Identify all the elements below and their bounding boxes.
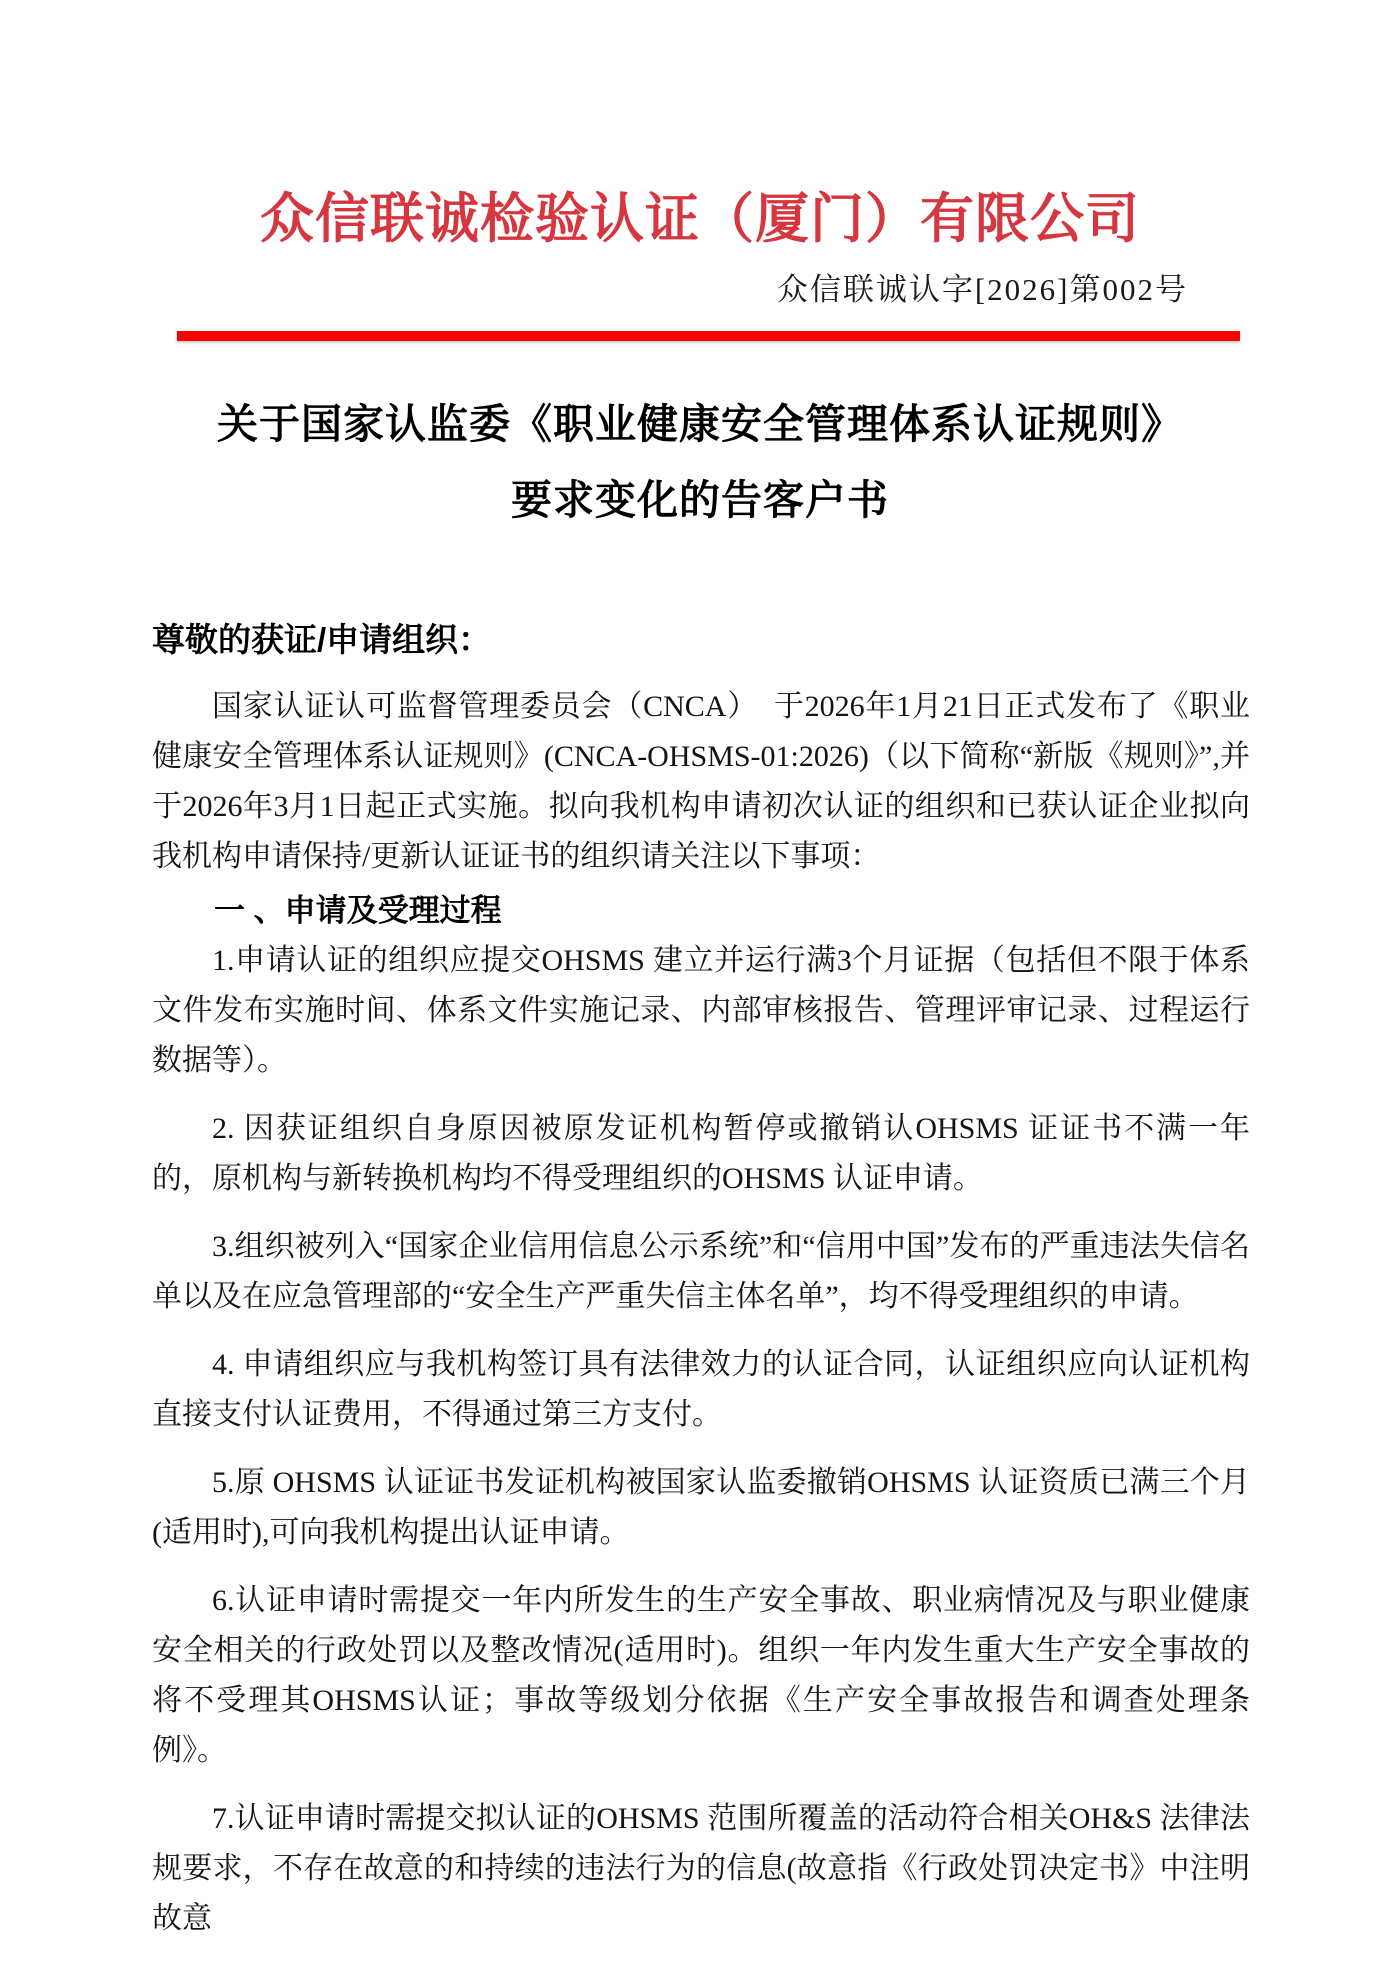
document-page: 众信联诚检验认证（厦门）有限公司 众信联诚认字[2026]第002号 关于国家认… bbox=[0, 0, 1400, 1980]
red-header-divider bbox=[177, 331, 1240, 341]
reference-number: 众信联诚认字[2026]第002号 bbox=[0, 270, 1188, 310]
item-paragraph-7: 7.认证申请时需提交拟认证的OHSMS 范围所覆盖的活动符合相关OH&S 法律法… bbox=[152, 1794, 1250, 1944]
salutation: 尊敬的获证/申请组织： bbox=[152, 618, 1250, 662]
section-heading-application-process: 一 、申请及受理过程 bbox=[152, 886, 1250, 936]
item-paragraph-6: 6.认证申请时需提交一年内所发生的生产安全事故、职业病情况及与职业健康安全相关的… bbox=[152, 1576, 1250, 1776]
item-paragraph-4: 4. 申请组织应与我机构签订具有法律效力的认证合同，认证组织应向认证机构直接支付… bbox=[152, 1340, 1250, 1440]
document-title-line1: 关于国家认监委《职业健康安全管理体系认证规则》 bbox=[0, 401, 1400, 447]
item-paragraph-3: 3.组织被列入“国家企业信用信息公示系统”和“信用中国”发布的严重违法失信名单以… bbox=[152, 1222, 1250, 1322]
document-title-line2: 要求变化的告客户书 bbox=[0, 477, 1400, 523]
item-paragraph-2: 2. 因获证组织自身原因被原发证机构暂停或撤销认OHSMS 证证书不满一年的，原… bbox=[152, 1104, 1250, 1204]
intro-paragraph: 国家认证认可监督管理委员会（CNCA） 于2026年1月21日正式发布了《职业健… bbox=[152, 682, 1250, 882]
document-body: 尊敬的获证/申请组织： 国家认证认可监督管理委员会（CNCA） 于2026年1月… bbox=[152, 618, 1250, 1944]
item-paragraph-5: 5.原 OHSMS 认证证书发证机构被国家认监委撤销OHSMS 认证资质已满三个… bbox=[152, 1458, 1250, 1558]
item-paragraph-1: 1.申请认证的组织应提交OHSMS 建立并运行满3个月证据（包括但不限于体系文件… bbox=[152, 936, 1250, 1086]
company-title: 众信联诚检验认证（厦门）有限公司 bbox=[0, 190, 1400, 248]
